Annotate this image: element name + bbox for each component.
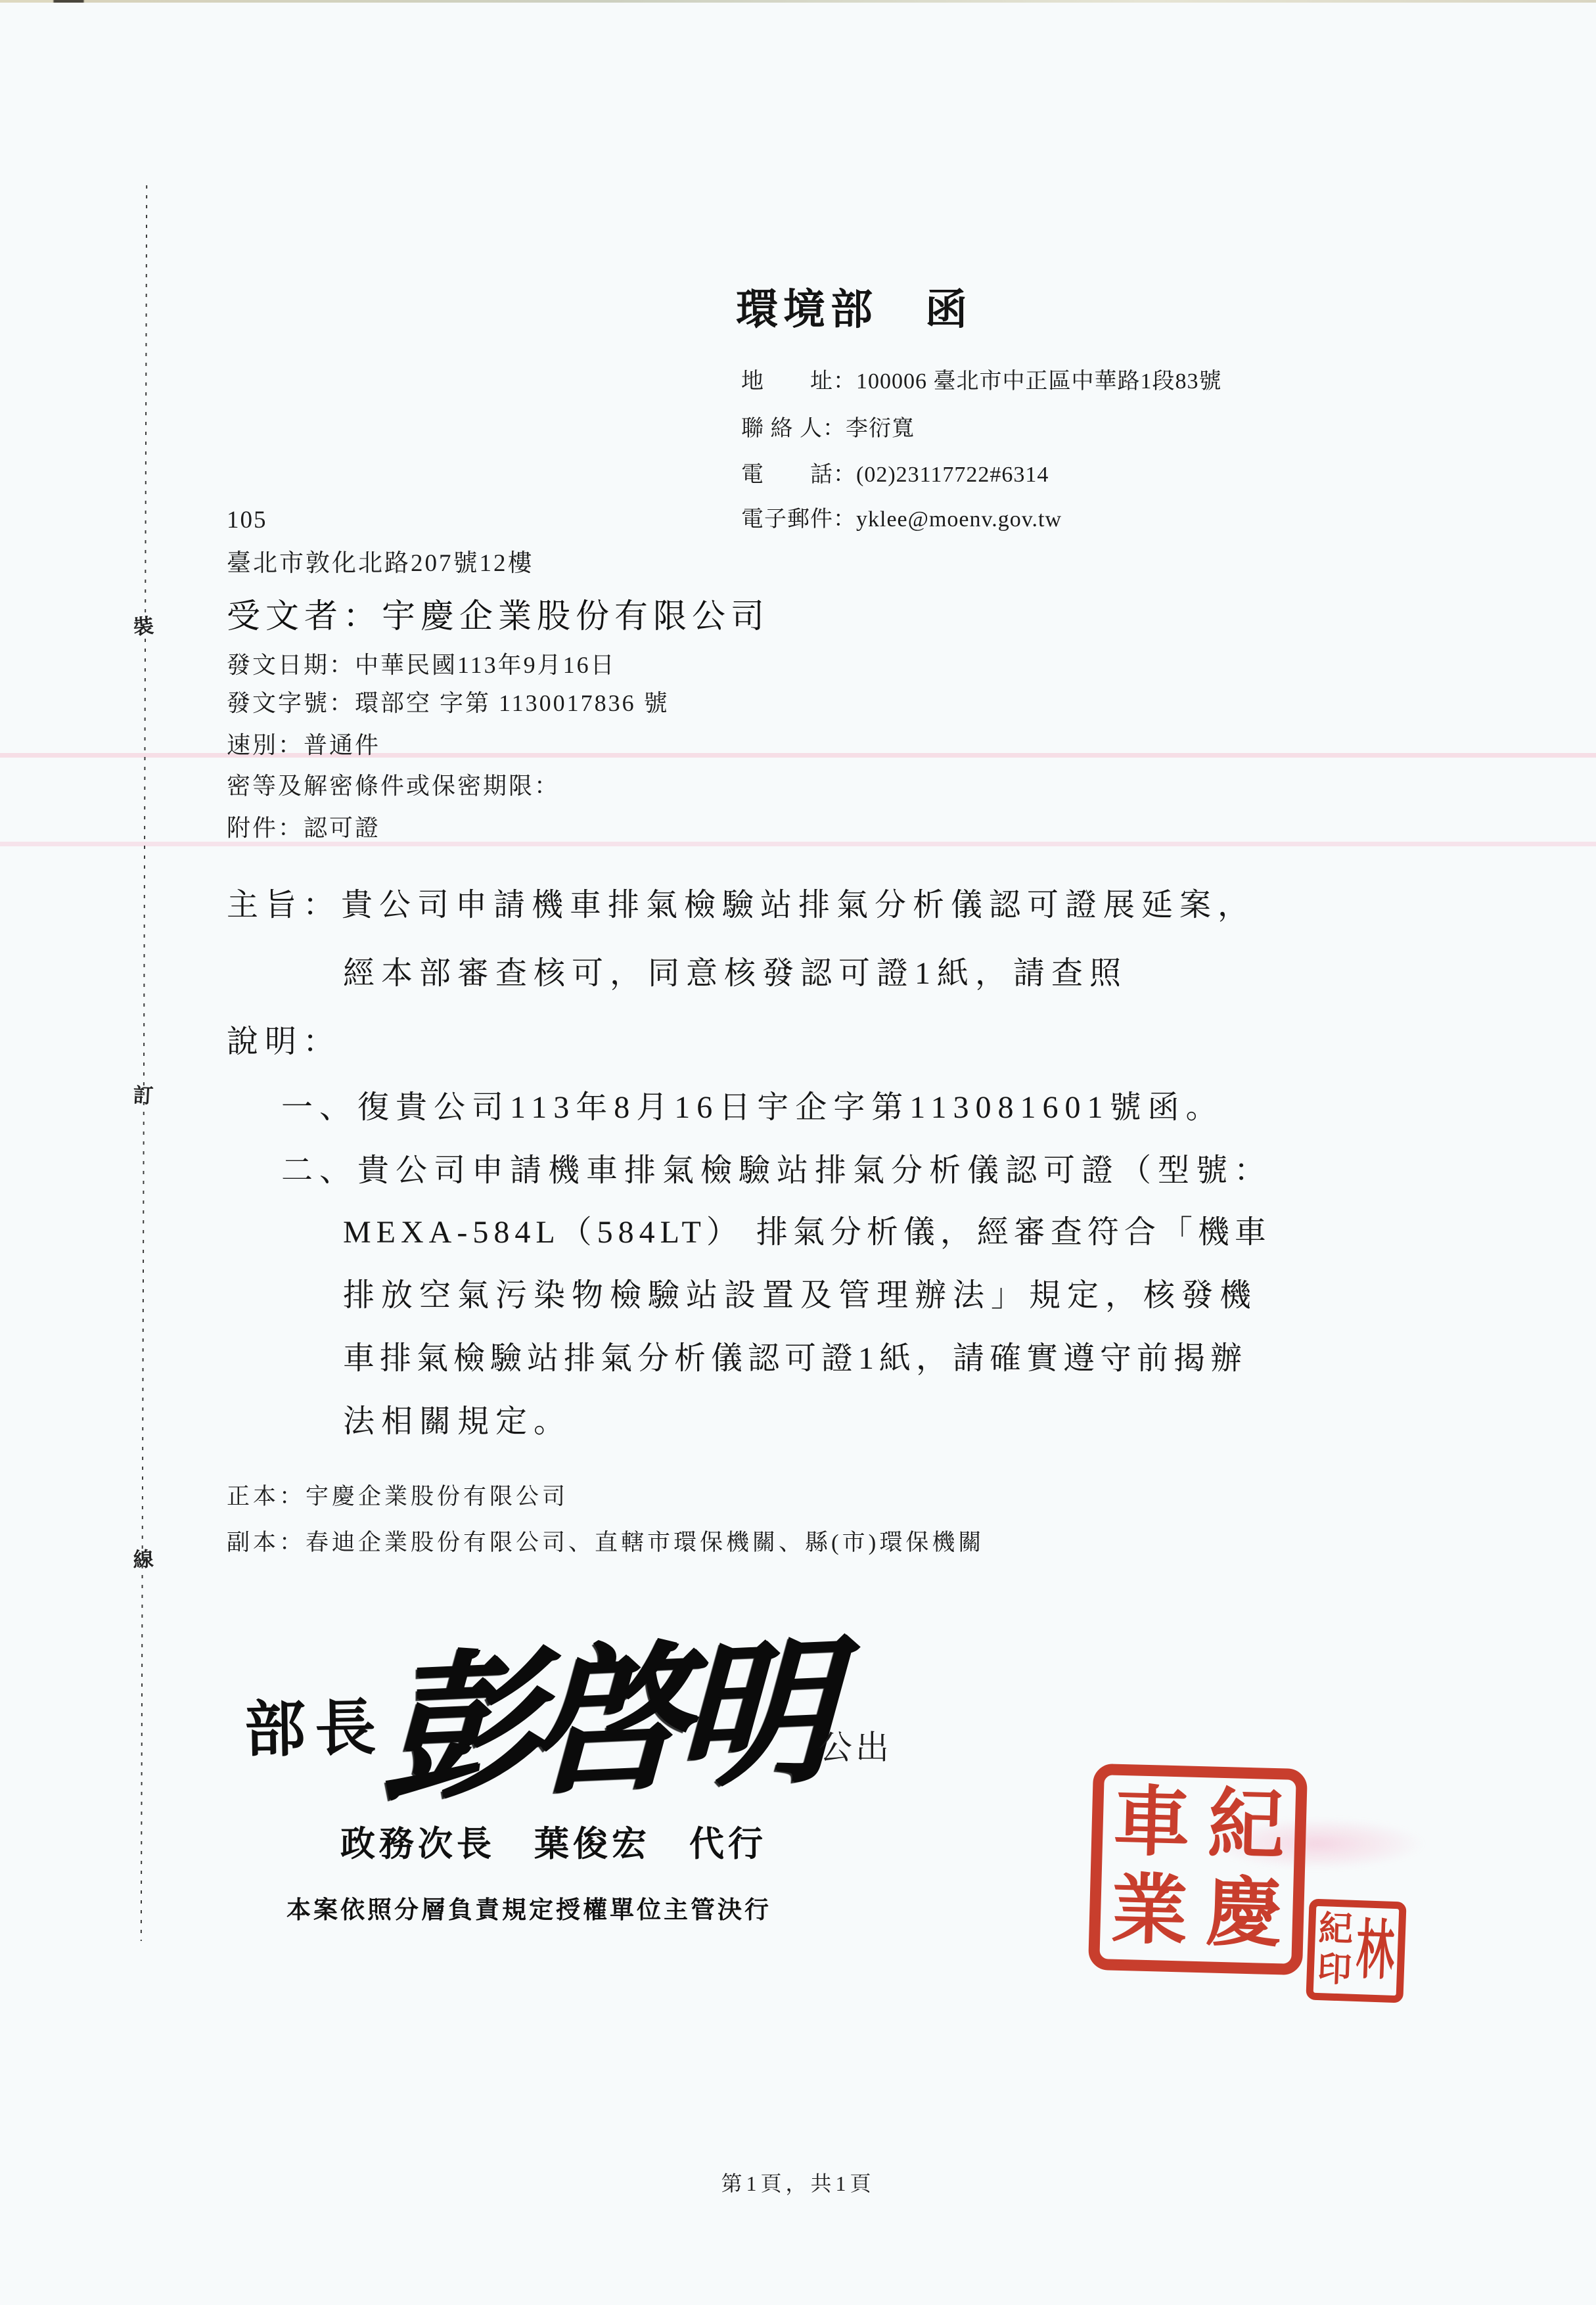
seal-left-column: 車 業 (1110, 1779, 1191, 1957)
binding-mark-xian: 線 (125, 1542, 161, 1573)
subject-line-2: 經本部審查核可，同意核發認可證1紙，請查照 (343, 947, 1128, 993)
agency-email-row: 電子郵件：yklee@moenv.gov.tw (741, 501, 1062, 533)
seal-char: 車 (1112, 1782, 1191, 1866)
subject-line-1: 主旨：貴公司申請機車排氣檢驗站排氣分析儀認可證展延案， (227, 879, 1256, 924)
company-red-seal: 紀 慶 車 業 (1088, 1764, 1308, 1975)
document-title: 環境部 函 (736, 276, 972, 336)
personal-name-seal: 林 紀 印 (1306, 1898, 1406, 2003)
minister-signature: 彭啓明 (380, 1586, 827, 1830)
seal-right-column: 紀 慶 (1204, 1781, 1285, 1959)
explanation-item-2-line-5: 法相關規定。 (343, 1396, 572, 1441)
minister-title: 部長 (244, 1678, 386, 1769)
scanned-official-letter: 裝 訂 線 環境部 函 地 址：100006 臺北市中正區中華路1段83號 聯 … (0, 0, 1596, 2305)
explanation-item-2-line-2: MEXA-584L（584LT） 排氣分析儀，經審查符合「機車 (343, 1206, 1271, 1252)
seal-char: 林 (1355, 1916, 1396, 1987)
seal-char: 紀 (1207, 1785, 1285, 1869)
issue-number-row: 發文字號：環部空 字第 1130017836 號 (227, 685, 670, 718)
carbon-copy-row: 副本：春迪企業股份有限公司、直轄市環保機關、縣(市)環保機關 (227, 1524, 984, 1557)
minister-status: 公出 (819, 1720, 892, 1769)
recipient-address: 臺北市敦化北路207號12樓 (227, 543, 534, 578)
explanation-label: 說明： (227, 1016, 341, 1061)
seal-right-column: 林 (1354, 1882, 1396, 2022)
explanation-item-2-line-3: 排放空氣污染物檢驗站設置及管理辦法」規定，核發機 (343, 1269, 1258, 1315)
seal-char: 慶 (1205, 1873, 1283, 1957)
delegation-note: 本案依照分層負責規定授權單位主管決行 (286, 1890, 771, 1925)
scanner-edge-artifact (0, 0, 1596, 3)
issue-date-row: 發文日期：中華民國113年9月16日 (227, 647, 616, 680)
explanation-item-1: 一、復貴公司113年8月16日宇企字第113081601號函。 (281, 1082, 1223, 1127)
explanation-item-2-line-4: 車排氣檢驗站排氣分析儀認可證1紙，請確實遵守前揭辦 (343, 1333, 1247, 1378)
agency-address-row: 地 址：100006 臺北市中正區中華路1段83號 (741, 363, 1222, 395)
seal-char: 紀 (1318, 1911, 1354, 1949)
security-class-row: 密等及解密條件或保密期限： (227, 767, 560, 801)
speed-class-row: 速別：普通件 (227, 727, 380, 760)
seal-char: 業 (1110, 1870, 1189, 1954)
seal-left-column: 紀 印 (1317, 1909, 1354, 1992)
recipient-line: 受文者：宇慶企業股份有限公司 (227, 589, 769, 637)
agency-contact-row: 聯 絡 人：李衍寬 (741, 410, 915, 442)
binding-dotted-line (141, 185, 147, 1941)
recipient-zip: 105 (227, 506, 267, 534)
binding-mark-ding: 訂 (125, 1078, 161, 1110)
deputy-signing-line: 政務次長 葉俊宏 代行 (340, 1816, 767, 1866)
binding-mark-zhuang: 裝 (125, 608, 162, 641)
original-copy-row: 正本：宇慶企業股份有限公司 (227, 1478, 568, 1511)
agency-phone-row: 電 話：(02)23117722#6314 (741, 456, 1049, 488)
attachment-row: 附件：認可證 (227, 810, 380, 843)
seal-char: 印 (1317, 1951, 1352, 1990)
explanation-item-2-line-1: 二、貴公司申請機車排氣檢驗站排氣分析儀認可證（型號： (281, 1145, 1272, 1190)
page-indicator: 第1頁，共1頁 (0, 2167, 1596, 2197)
